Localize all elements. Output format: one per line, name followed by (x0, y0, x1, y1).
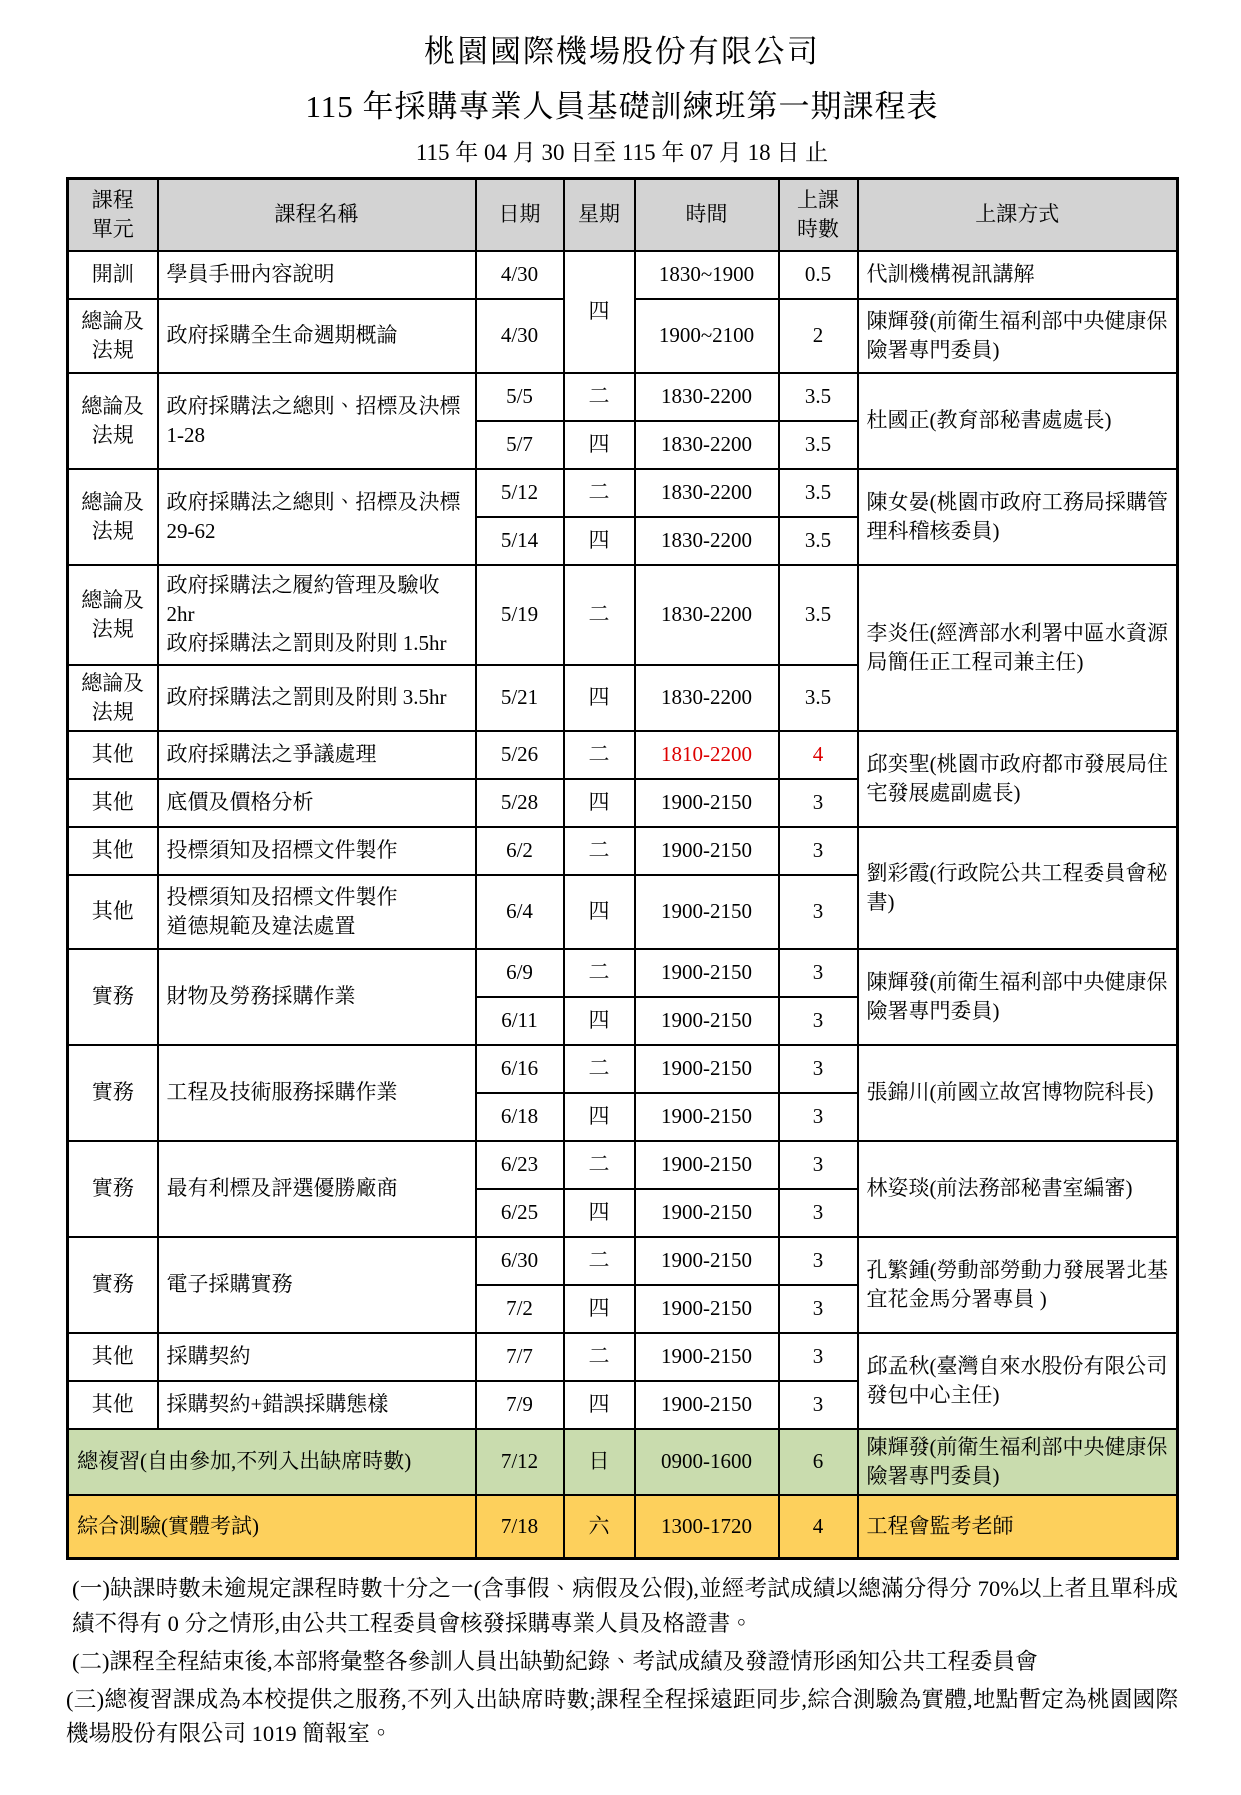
cell-time: 1900-2150 (635, 1045, 779, 1093)
cell-time: 1900-2150 (635, 1381, 779, 1429)
cell-unit: 其他 (68, 1381, 158, 1429)
cell-hours: 3 (779, 827, 858, 875)
cell-course: 政府採購法之罰則及附則 3.5hr (158, 665, 476, 731)
title-block: 桃園國際機場股份有限公司 115 年採購專業人員基礎訓練班第一期課程表 115 … (66, 26, 1178, 167)
cell-unit: 總論及 法規 (68, 565, 158, 665)
table-row: 實務 財物及勞務採購作業 6/9 二 1900-2150 3 陳輝發(前衛生福利… (68, 949, 1178, 997)
cell-date: 5/12 (476, 469, 564, 517)
cell-method: 工程會監考老師 (858, 1495, 1178, 1559)
cell-hours: 4 (779, 1495, 858, 1559)
cell-time: 1830-2200 (635, 373, 779, 421)
cell-time: 1900-2150 (635, 1093, 779, 1141)
cell-hours: 3 (779, 1237, 858, 1285)
cell-course: 政府採購法之總則、招標及決標 1-28 (158, 373, 476, 469)
cell-date: 5/26 (476, 731, 564, 779)
cell-time: 1830-2200 (635, 469, 779, 517)
cell-date: 4/30 (476, 251, 564, 299)
cell-weekday: 四 (564, 997, 635, 1045)
cell-hours: 3 (779, 1285, 858, 1333)
cell-date: 6/23 (476, 1141, 564, 1189)
cell-unit: 開訓 (68, 251, 158, 299)
table-row: 其他 投標須知及招標文件製作 6/2 二 1900-2150 3 劉彩霞(行政院… (68, 827, 1178, 875)
cell-hours: 3 (779, 875, 858, 949)
table-row: 總論及 法規 政府採購法之履約管理及驗收 2hr 政府採購法之罰則及附則 1.5… (68, 565, 1178, 665)
header-weekday: 星期 (564, 179, 635, 251)
cell-unit: 其他 (68, 827, 158, 875)
cell-weekday: 二 (564, 1045, 635, 1093)
cell-unit: 總論及 法規 (68, 665, 158, 731)
cell-hours: 3.5 (779, 373, 858, 421)
cell-unit: 其他 (68, 731, 158, 779)
cell-unit: 其他 (68, 1333, 158, 1381)
cell-method: 李炎任(經濟部水利署中區水資源局簡任正工程司兼主任) (858, 565, 1178, 731)
review-row: 總複習(自由參加,不列入出缺席時數) 7/12 日 0900-1600 6 陳輝… (68, 1429, 1178, 1495)
cell-weekday: 四 (564, 779, 635, 827)
cell-weekday: 四 (564, 421, 635, 469)
cell-hours: 0.5 (779, 251, 858, 299)
footnote-3: (三)總複習課成為本校提供之服務,不列入出缺席時數;課程全程採遠距同步,綜合測驗… (66, 1683, 1178, 1751)
cell-course: 財物及勞務採購作業 (158, 949, 476, 1045)
cell-unit: 總論及 法規 (68, 299, 158, 373)
cell-time: 1900-2150 (635, 1237, 779, 1285)
cell-unit: 實務 (68, 1045, 158, 1141)
cell-unit: 總論及 法規 (68, 469, 158, 565)
cell-date: 7/7 (476, 1333, 564, 1381)
table-row: 其他 採購契約 7/7 二 1900-2150 3 邱孟秋(臺灣自來水股份有限公… (68, 1333, 1178, 1381)
document-page: 桃園國際機場股份有限公司 115 年採購專業人員基礎訓練班第一期課程表 115 … (0, 0, 1241, 1795)
cell-weekday: 二 (564, 1237, 635, 1285)
header-row: 課程 單元 課程名稱 日期 星期 時間 上課 時數 上課方式 (68, 179, 1178, 251)
cell-hours: 3 (779, 1093, 858, 1141)
cell-weekday: 二 (564, 1333, 635, 1381)
cell-weekday: 二 (564, 731, 635, 779)
cell-time: 1900-2150 (635, 1141, 779, 1189)
cell-time: 1830-2200 (635, 421, 779, 469)
cell-course: 投標須知及招標文件製作 道德規範及違法處置 (158, 875, 476, 949)
cell-weekday: 四 (564, 251, 635, 373)
cell-unit: 實務 (68, 1141, 158, 1237)
header-method: 上課方式 (858, 179, 1178, 251)
table-row: 總論及 法規 政府採購法之總則、招標及決標 29-62 5/12 二 1830-… (68, 469, 1178, 517)
cell-date: 5/14 (476, 517, 564, 565)
cell-time: 0900-1600 (635, 1429, 779, 1495)
cell-time: 1900-2150 (635, 997, 779, 1045)
cell-weekday: 四 (564, 1381, 635, 1429)
cell-unit: 實務 (68, 1237, 158, 1333)
cell-weekday: 二 (564, 827, 635, 875)
cell-course: 學員手冊內容說明 (158, 251, 476, 299)
cell-time: 1900-2150 (635, 827, 779, 875)
cell-date: 5/28 (476, 779, 564, 827)
cell-time: 1830-2200 (635, 517, 779, 565)
cell-weekday: 二 (564, 565, 635, 665)
cell-date: 7/18 (476, 1495, 564, 1559)
cell-course: 政府採購法之總則、招標及決標 29-62 (158, 469, 476, 565)
header-hours: 上課 時數 (779, 179, 858, 251)
cell-time: 1830-2200 (635, 665, 779, 731)
cell-date: 5/21 (476, 665, 564, 731)
cell-hours: 3 (779, 1141, 858, 1189)
table-row: 其他 政府採購法之爭議處理 5/26 二 1810-2200 4 邱奕聖(桃園市… (68, 731, 1178, 779)
table-row: 實務 最有利標及評選優勝廠商 6/23 二 1900-2150 3 林姿琰(前法… (68, 1141, 1178, 1189)
cell-course: 電子採購實務 (158, 1237, 476, 1333)
cell-hours: 3.5 (779, 469, 858, 517)
cell-date: 6/25 (476, 1189, 564, 1237)
cell-time: 1900-2150 (635, 875, 779, 949)
cell-method: 邱奕聖(桃園市政府都市發展局住宅發展處副處長) (858, 731, 1178, 827)
cell-hours: 6 (779, 1429, 858, 1495)
cell-weekday: 四 (564, 1189, 635, 1237)
header-date: 日期 (476, 179, 564, 251)
cell-time: 1900-2150 (635, 779, 779, 827)
cell-date: 6/4 (476, 875, 564, 949)
cell-course: 政府採購法之爭議處理 (158, 731, 476, 779)
cell-weekday: 日 (564, 1429, 635, 1495)
cell-course: 政府採購法之履約管理及驗收 2hr 政府採購法之罰則及附則 1.5hr (158, 565, 476, 665)
table-row: 總論及 法規 政府採購法之總則、招標及決標 1-28 5/5 二 1830-22… (68, 373, 1178, 421)
cell-method: 孔繁鍾(勞動部勞動力發展署北基宜花金馬分署專員 ) (858, 1237, 1178, 1333)
cell-method: 代訓機構視訊講解 (858, 251, 1178, 299)
cell-hours: 3 (779, 1045, 858, 1093)
cell-date: 6/16 (476, 1045, 564, 1093)
cell-method: 陳輝發(前衛生福利部中央健康保險署專門委員) (858, 1429, 1178, 1495)
cell-date: 6/18 (476, 1093, 564, 1141)
cell-hours: 3 (779, 949, 858, 997)
cell-weekday: 六 (564, 1495, 635, 1559)
cell-hours: 3.5 (779, 565, 858, 665)
cell-date: 4/30 (476, 299, 564, 373)
cell-weekday: 四 (564, 1285, 635, 1333)
cell-unit: 總論及 法規 (68, 373, 158, 469)
company-title: 桃園國際機場股份有限公司 (66, 26, 1178, 71)
cell-method: 陳女晏(桃園市政府工務局採購管理科稽核委員) (858, 469, 1178, 565)
cell-weekday: 四 (564, 665, 635, 731)
cell-weekday: 二 (564, 469, 635, 517)
cell-time-highlighted: 1810-2200 (635, 731, 779, 779)
footnotes: (一)缺課時數未逾規定課程時數十分之一(含事假、病假及公假),並經考試成績以總滿… (66, 1572, 1178, 1751)
cell-time: 1300-1720 (635, 1495, 779, 1559)
cell-hours: 3 (779, 997, 858, 1045)
cell-weekday: 二 (564, 373, 635, 421)
table-row: 實務 電子採購實務 6/30 二 1900-2150 3 孔繁鍾(勞動部勞動力發… (68, 1237, 1178, 1285)
cell-date: 6/2 (476, 827, 564, 875)
cell-method: 張錦川(前國立故宮博物院科長) (858, 1045, 1178, 1141)
course-schedule-table: 課程 單元 課程名稱 日期 星期 時間 上課 時數 上課方式 開訓 學員手冊內容… (66, 177, 1179, 1560)
cell-unit: 其他 (68, 875, 158, 949)
cell-method: 陳輝發(前衛生福利部中央健康保險署專門委員) (858, 949, 1178, 1045)
course-title: 115 年採購專業人員基礎訓練班第一期課程表 (66, 81, 1178, 126)
cell-weekday: 二 (564, 1141, 635, 1189)
cell-hours: 3 (779, 1189, 858, 1237)
cell-weekday: 四 (564, 1093, 635, 1141)
cell-time: 1900-2150 (635, 1333, 779, 1381)
cell-unit: 實務 (68, 949, 158, 1045)
table-row: 實務 工程及技術服務採購作業 6/16 二 1900-2150 3 張錦川(前國… (68, 1045, 1178, 1093)
cell-weekday: 四 (564, 517, 635, 565)
cell-time: 1900-2150 (635, 949, 779, 997)
cell-method: 陳輝發(前衛生福利部中央健康保險署專門委員) (858, 299, 1178, 373)
cell-hours: 2 (779, 299, 858, 373)
cell-time: 1900~2100 (635, 299, 779, 373)
header-course: 課程名稱 (158, 179, 476, 251)
cell-method: 杜國正(教育部秘書處處長) (858, 373, 1178, 469)
cell-course: 最有利標及評選優勝廠商 (158, 1141, 476, 1237)
cell-hours: 3 (779, 779, 858, 827)
cell-date: 5/7 (476, 421, 564, 469)
cell-date: 5/5 (476, 373, 564, 421)
cell-hours: 3.5 (779, 517, 858, 565)
cell-course: 底價及價格分析 (158, 779, 476, 827)
cell-hours-highlighted: 4 (779, 731, 858, 779)
cell-date: 5/19 (476, 565, 564, 665)
table-row: 開訓 學員手冊內容說明 4/30 四 1830~1900 0.5 代訓機構視訊講… (68, 251, 1178, 299)
date-range: 115 年 04 月 30 日至 115 年 07 月 18 日 止 (66, 134, 1178, 167)
footnote-1: (一)缺課時數未逾規定課程時數十分之一(含事假、病假及公假),並經考試成績以總滿… (66, 1572, 1178, 1640)
cell-course: 工程及技術服務採購作業 (158, 1045, 476, 1141)
exam-row: 綜合測驗(實體考試) 7/18 六 1300-1720 4 工程會監考老師 (68, 1495, 1178, 1559)
header-time: 時間 (635, 179, 779, 251)
cell-method: 林姿琰(前法務部秘書室編審) (858, 1141, 1178, 1237)
cell-hours: 3.5 (779, 421, 858, 469)
cell-hours: 3 (779, 1381, 858, 1429)
cell-unit: 其他 (68, 779, 158, 827)
cell-review-label: 總複習(自由參加,不列入出缺席時數) (68, 1429, 476, 1495)
cell-date: 7/9 (476, 1381, 564, 1429)
cell-hours: 3 (779, 1333, 858, 1381)
cell-hours: 3.5 (779, 665, 858, 731)
cell-time: 1830~1900 (635, 251, 779, 299)
cell-course: 採購契約+錯誤採購態樣 (158, 1381, 476, 1429)
cell-time: 1830-2200 (635, 565, 779, 665)
cell-course: 政府採購全生命週期概論 (158, 299, 476, 373)
cell-date: 6/9 (476, 949, 564, 997)
cell-exam-label: 綜合測驗(實體考試) (68, 1495, 476, 1559)
cell-weekday: 四 (564, 875, 635, 949)
cell-date: 7/12 (476, 1429, 564, 1495)
cell-time: 1900-2150 (635, 1285, 779, 1333)
cell-date: 6/30 (476, 1237, 564, 1285)
cell-method: 劉彩霞(行政院公共工程委員會秘書) (858, 827, 1178, 949)
cell-date: 6/11 (476, 997, 564, 1045)
cell-course: 採購契約 (158, 1333, 476, 1381)
header-unit: 課程 單元 (68, 179, 158, 251)
cell-date: 7/2 (476, 1285, 564, 1333)
cell-course: 投標須知及招標文件製作 (158, 827, 476, 875)
footnote-2: (二)課程全程結束後,本部將彙整各參訓人員出缺勤紀錄、考試成績及發證情形函知公共… (66, 1645, 1178, 1679)
cell-weekday: 二 (564, 949, 635, 997)
cell-method: 邱孟秋(臺灣自來水股份有限公司發包中心主任) (858, 1333, 1178, 1429)
cell-time: 1900-2150 (635, 1189, 779, 1237)
